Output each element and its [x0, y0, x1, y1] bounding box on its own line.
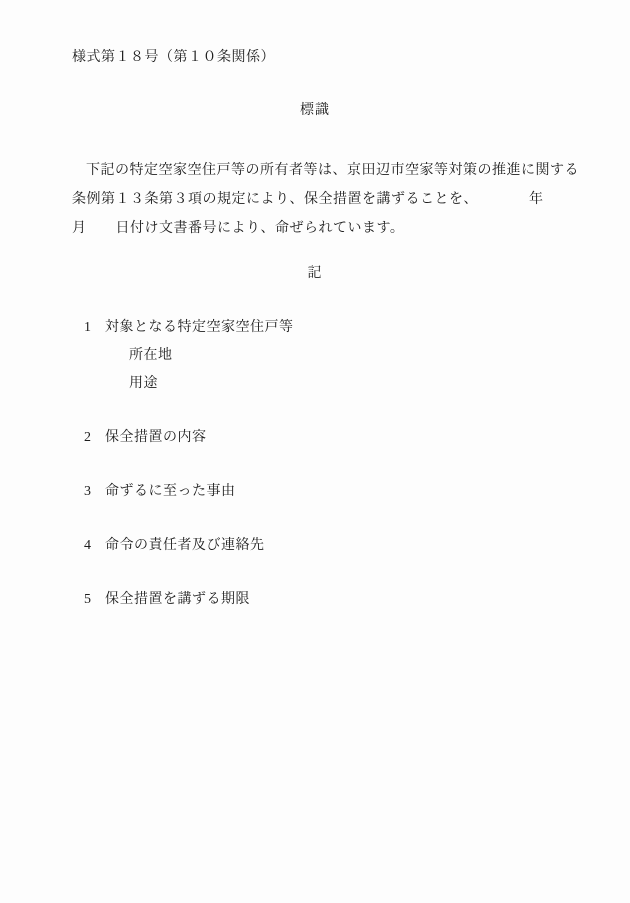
item-label: 命令の責任者及び連絡先 [105, 538, 265, 553]
item-number: 5 [84, 585, 105, 614]
list-item-1: 1対象となる特定空家空住戸等 所在地 用途 [72, 313, 558, 398]
item-number: 3 [84, 477, 105, 506]
item-label: 対象となる特定空家空住戸等 [105, 320, 294, 335]
item-subline-use: 用途 [84, 370, 558, 398]
form-number: 様式第１８号（第１０条関係） [72, 43, 558, 72]
item-number: 2 [84, 423, 105, 452]
list-item-5: 5保全措置を講ずる期限 [72, 585, 558, 614]
item-label: 命ずるに至った事由 [105, 484, 236, 499]
body-line: 条例第１３条第３項の規定により、保全措置を講ずることを、 年 [72, 185, 558, 214]
list-item-4: 4命令の責任者及び連絡先 [72, 531, 558, 560]
item-number: 4 [84, 531, 105, 560]
document-page: 様式第１８号（第１０条関係） 標識 下記の特定空家空住戸等の所有者等は、京田辺市… [0, 0, 630, 903]
list-item-2: 2保全措置の内容 [72, 423, 558, 452]
record-marker: 記 [72, 259, 558, 288]
item-label: 保全措置の内容 [105, 430, 207, 445]
item-number: 1 [84, 313, 105, 342]
page-title: 標識 [72, 96, 558, 125]
body-line: 月 日付け文書番号により、命ぜられています。 [72, 214, 558, 243]
item-subline-location: 所在地 [84, 342, 558, 370]
item-label: 保全措置を講ずる期限 [105, 592, 250, 607]
body-line: 下記の特定空家空住戸等の所有者等は、京田辺市空家等対策の推進に関する [72, 156, 558, 185]
item-list: 1対象となる特定空家空住戸等 所在地 用途 2保全措置の内容 3命ずるに至った事… [72, 313, 558, 614]
list-item-3: 3命ずるに至った事由 [72, 477, 558, 506]
body-paragraph: 下記の特定空家空住戸等の所有者等は、京田辺市空家等対策の推進に関する 条例第１３… [72, 156, 558, 243]
